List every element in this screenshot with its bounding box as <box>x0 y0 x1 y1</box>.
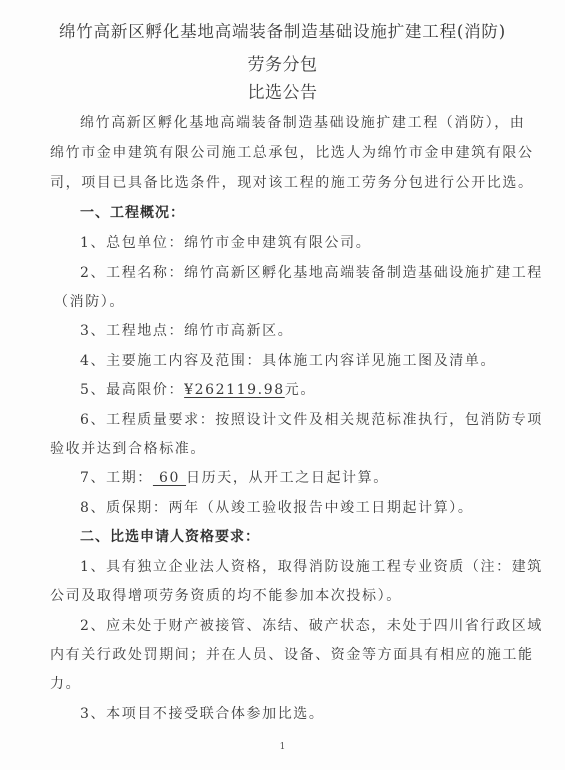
section-1-item-5: 5、最高限价：¥262119.98元。 <box>80 379 316 399</box>
max-price-unit: 元。 <box>285 382 316 398</box>
section-2-item-2-line-1: 2、应未处于财产被接管、冻结、破产状态，未处于四川省行政区域 <box>80 615 543 635</box>
section-1-item-2-line-1: 2、工程名称：绵竹高新区孵化基地高端装备制造基础设施扩建工程 <box>80 262 543 282</box>
duration-label: 7、工期： <box>80 470 153 486</box>
section-2-item-1-line-2: 公司及取得增项劳务资质的均不能参加本次投标）。 <box>50 585 402 605</box>
section-1-item-7: 7、工期： 60 日历天，从开工之日起计算。 <box>80 467 389 487</box>
document-title-line-3: 比选公告 <box>0 78 565 103</box>
section-1-item-6-line-2: 验收并达到合格标准。 <box>50 438 206 458</box>
section-2-heading: 二、比选申请人资格要求： <box>80 526 260 546</box>
section-1-heading: 一、工程概况： <box>80 202 185 222</box>
intro-line-1: 绵竹高新区孵化基地高端装备制造基础设施扩建工程（消防），由 <box>80 112 525 132</box>
document-page: 绵竹高新区孵化基地高端装备制造基础设施扩建工程(消防) 劳务分包 比选公告 绵竹… <box>0 0 565 770</box>
section-1-item-3: 3、工程地点：绵竹市高新区。 <box>80 320 293 340</box>
page-number: 1 <box>0 742 565 752</box>
document-title-line-2: 劳务分包 <box>0 50 565 75</box>
duration-unit: 日历天，从开工之日起计算。 <box>186 470 389 486</box>
section-1-item-2-line-2: （消防）。 <box>54 291 125 311</box>
max-price-label: 5、最高限价： <box>80 382 184 398</box>
section-1-item-4: 4、主要施工内容及范围：具体施工内容详见施工图及清单。 <box>80 350 496 370</box>
intro-line-3: 司，项目已具备比选条件，现对该工程的施工劳务分包进行公开比选。 <box>50 172 534 192</box>
max-price-value: ¥262119.98 <box>184 382 285 398</box>
section-2-item-3: 3、本项目不接受联合体参加比选。 <box>80 703 325 723</box>
document-title-line-1: 绵竹高新区孵化基地高端装备制造基础设施扩建工程(消防) <box>0 18 565 42</box>
section-2-item-1-line-1: 1、具有独立企业法人资格，取得消防设施工程专业资质（注：建筑 <box>80 556 543 576</box>
duration-value: 60 <box>153 470 186 486</box>
section-1-item-6-line-1: 6、工程质量要求：按照设计文件及相关规范标准执行，包消防专项 <box>80 409 543 429</box>
section-2-item-2-line-3: 力。 <box>50 673 81 693</box>
section-2-item-2-line-2: 内有关行政处罚期间；并在人员、设备、资金等方面具有相应的施工能 <box>50 644 534 664</box>
intro-line-2: 绵竹市金申建筑有限公司施工总承包，比选人为绵竹市金申建筑有限公 <box>50 142 534 162</box>
section-1-item-1: 1、总包单位：绵竹市金申建筑有限公司。 <box>80 232 371 252</box>
section-1-item-8: 8、质保期：两年（从竣工验收报告中竣工日期起计算）。 <box>80 497 474 517</box>
